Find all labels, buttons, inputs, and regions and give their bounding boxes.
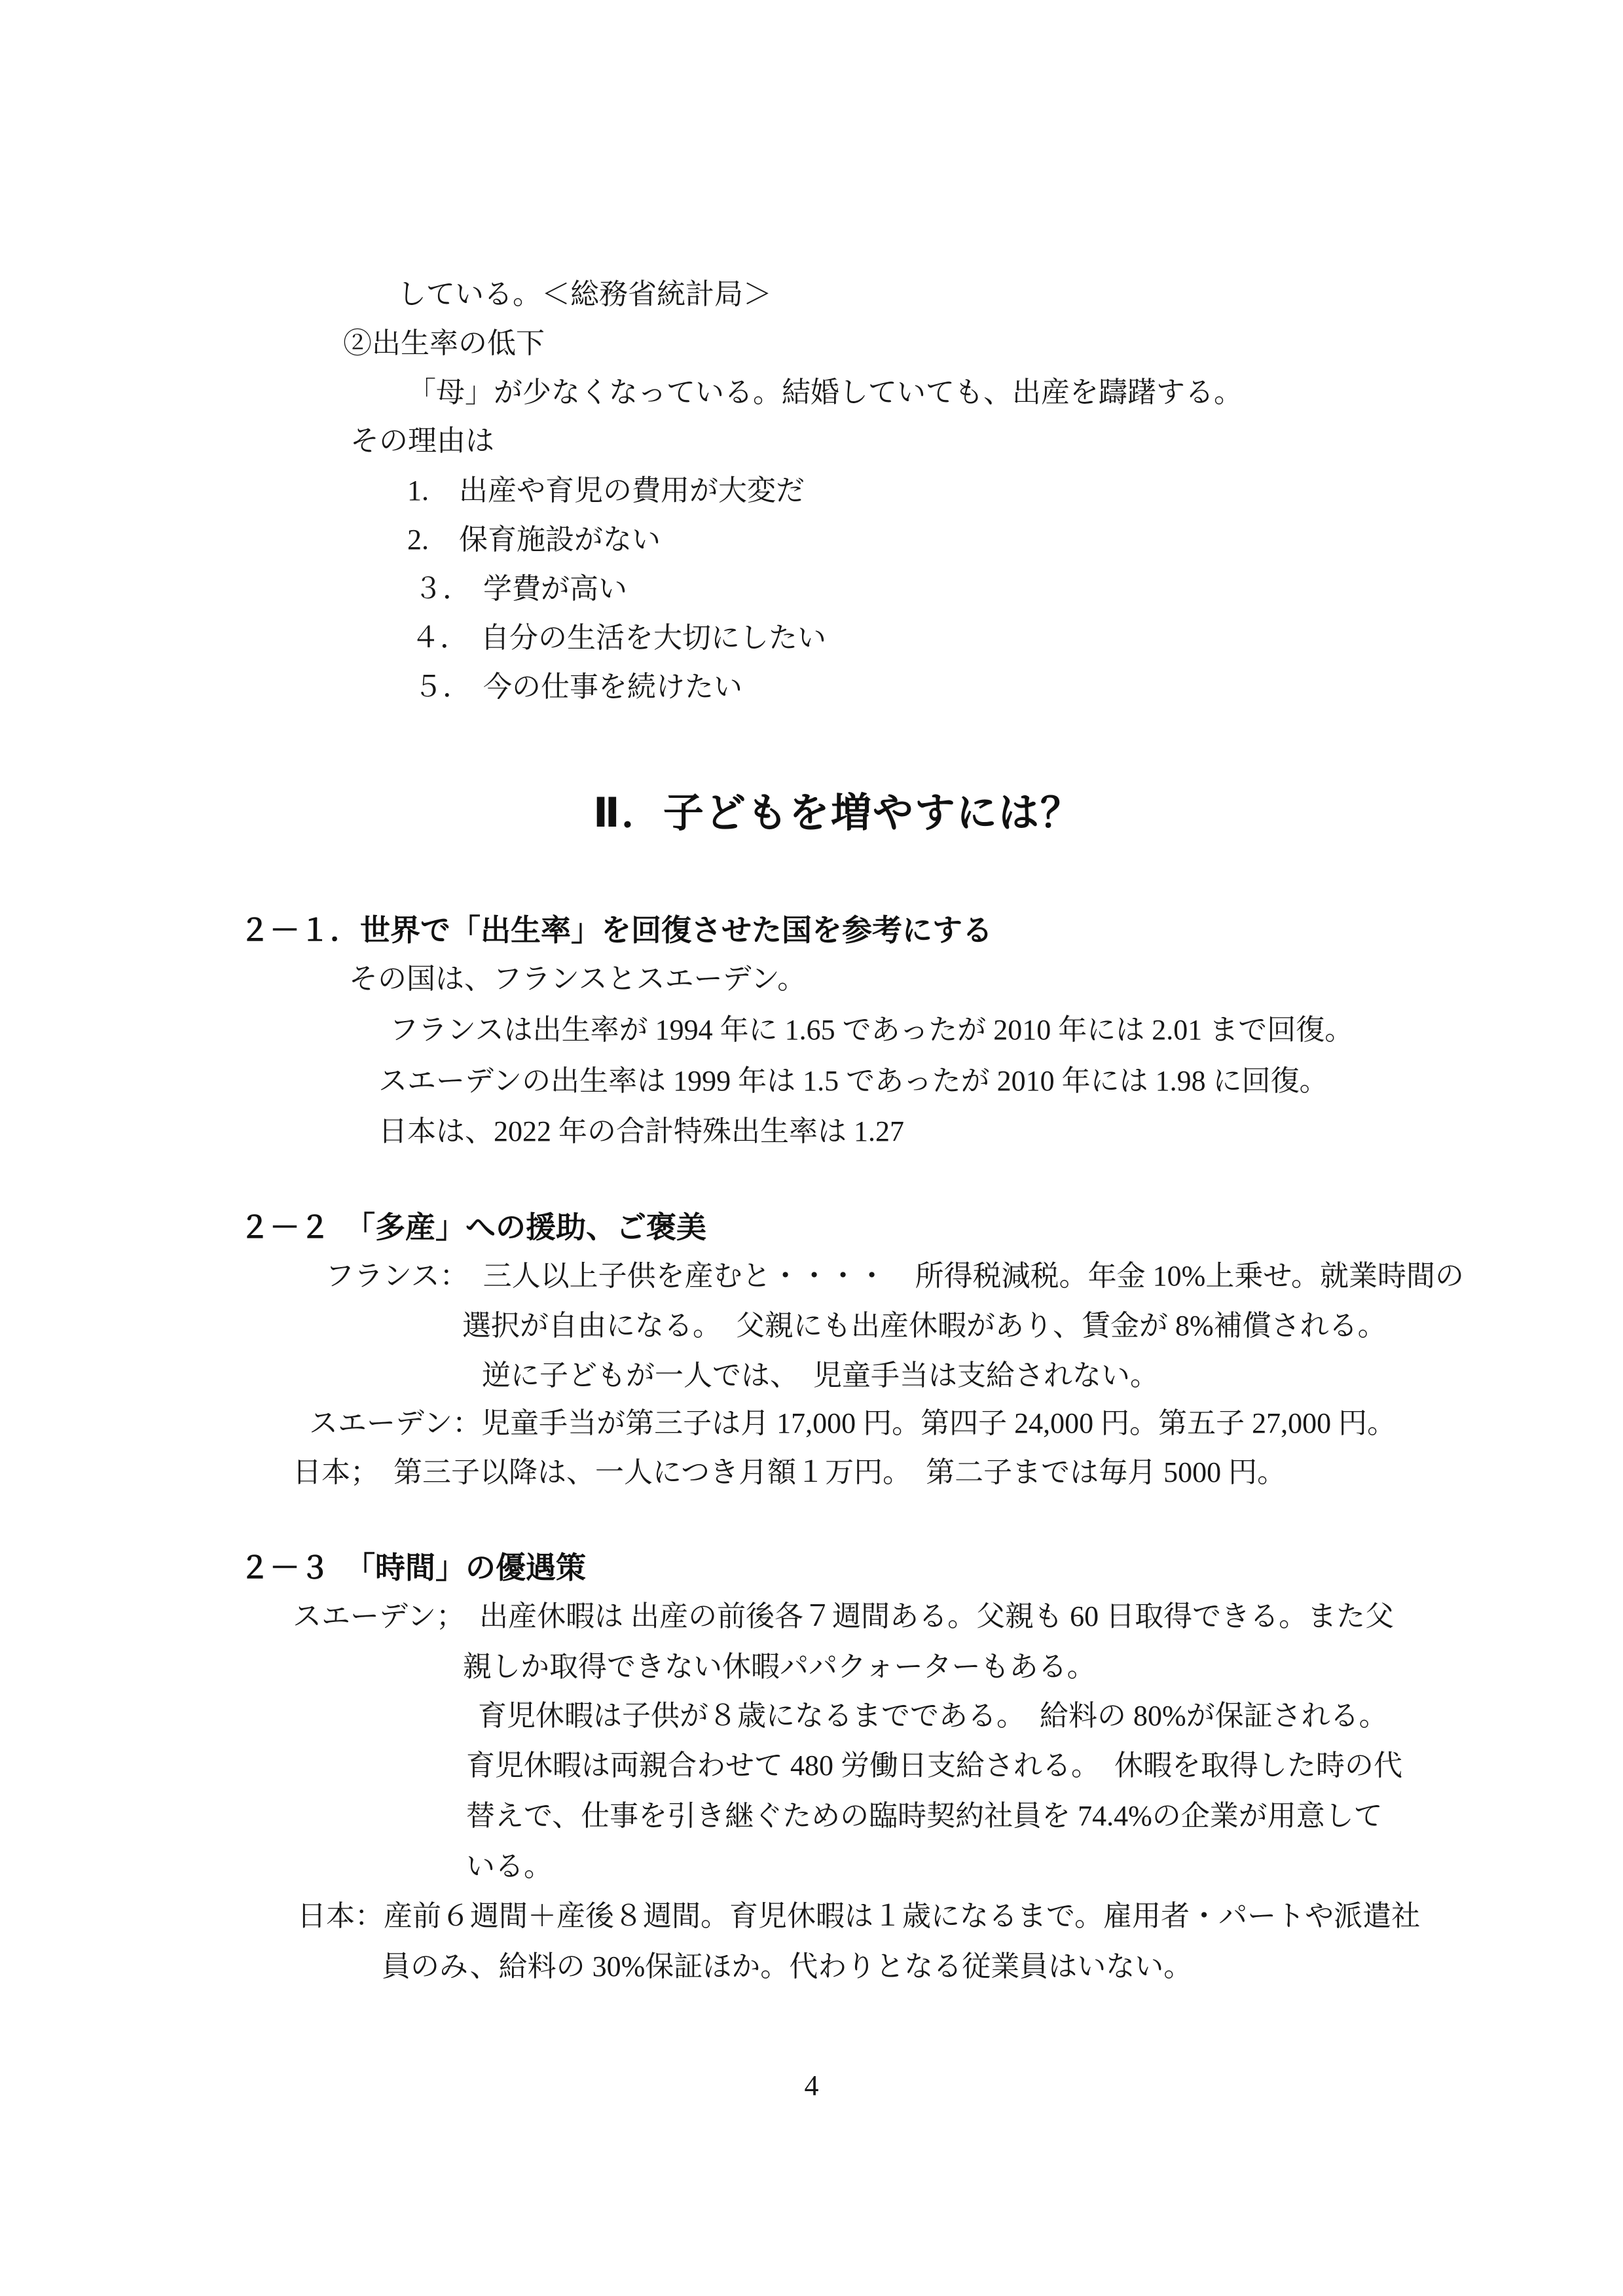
intro-topic-heading: ②出生率の低下 — [343, 329, 545, 358]
reason-item-3: ３．学費が高い — [414, 575, 627, 603]
section-2-2-line-5: 日本； 第三子以降は、一人につき月額１万円。 第二子までは毎月 5000 円。 — [293, 1458, 1286, 1487]
reason-number: 2. — [407, 526, 429, 554]
section-2-1-line-1: その国は、フランスとスエーデン。 — [349, 965, 806, 994]
reason-number: ５． — [414, 673, 471, 702]
intro-mother-line: 「母」が少なくなっている。結婚していても、出産を躊躇する。 — [407, 378, 1243, 407]
section-2-3-line-8: 員のみ、給料の 30%保証ほか。代わりとなる従業員はいない。 — [382, 1952, 1192, 1981]
reason-text: 保育施設がない — [459, 524, 661, 556]
reason-number: 1. — [407, 476, 429, 505]
intro-source-line: している。＜総務省統計局＞ — [397, 280, 772, 309]
section-2-2-line-1: フランス： 三人以上子供を産むと・・・・ 所得税減税。年金 10%上乗せ。就業時… — [325, 1262, 1464, 1291]
section-2-3-line-5: 替えで、仕事を引き継ぐための臨時契約社員を 74.4%の企業が用意して — [466, 1802, 1383, 1831]
page-number: 4 — [0, 2072, 1623, 2100]
section-2-2-line-4: スエーデン：児童手当が第三子は月 17,000 円。第四子 24,000 円。第… — [309, 1409, 1396, 1438]
section-2-1-heading: ２－１．世界で「出生率」を回復させた国を参考にする — [240, 915, 993, 945]
section-2-2-heading: ２－２ 「多産」への援助、ご褒美 — [240, 1212, 706, 1242]
section-2-3-line-4: 育児休暇は両親合わせて 480 労働日支給される。 休暇を取得した時の代 — [466, 1751, 1402, 1780]
reason-text: 自分の生活を大切にしたい — [481, 622, 826, 654]
section-2-3-line-7: 日本：産前６週間＋産後８週間。育児休暇は１歳になるまで。雇用者・パートや派遣社 — [297, 1902, 1420, 1931]
section-2-2-line-2: 選択が自由になる。 父親にも出産休暇があり、賃金が 8%補償される。 — [462, 1312, 1387, 1340]
section-2-1-line-2: フランスは出生率が 1994 年に 1.65 であったが 2010 年には 2.… — [390, 1016, 1353, 1045]
section-2-1-line-3: スエーデンの出生率は 1999 年は 1.5 であったが 2010 年には 1.… — [378, 1067, 1328, 1096]
reason-text: 今の仕事を続けたい — [483, 671, 742, 703]
section-2-2-line-3: 逆に子どもが一人では、 児童手当は支給されない。 — [482, 1361, 1159, 1390]
reason-number: ４． — [411, 624, 469, 653]
section-2-3-line-3: 育児休暇は子供が８歳になるまでである。 給料の 80%が保証される。 — [478, 1702, 1388, 1731]
intro-reasons-label: その理由は — [350, 427, 494, 456]
reason-text: 学費が高い — [483, 573, 627, 605]
reason-item-4: ４．自分の生活を大切にしたい — [411, 624, 826, 653]
section-2-3-heading: ２－３ 「時間」の優遇策 — [240, 1552, 586, 1583]
section-2-1-line-4: 日本は、2022 年の合計特殊出生率は 1.27 — [378, 1117, 904, 1146]
section-2-3-line-2: 親しか取得できない休暇パパクォーターもある。 — [463, 1653, 1096, 1681]
reason-text: 出産や育児の費用が大変だ — [459, 475, 805, 507]
section-2-3-line-1: スエーデン； 出産休暇は 出産の前後各７週間ある。父親も 60 日取得できる。ま… — [293, 1602, 1394, 1631]
document-page: している。＜総務省統計局＞ ②出生率の低下 「母」が少なくなっている。結婚してい… — [0, 0, 1623, 2296]
reason-number: ３． — [414, 575, 471, 603]
section-2-3-line-6: いる。 — [466, 1852, 553, 1881]
reason-item-5: ５．今の仕事を続けたい — [414, 673, 742, 702]
reason-item-1: 1.出産や育児の費用が大変だ — [407, 476, 805, 505]
section-2-title: Ⅱ．子どもを増やすには？ — [593, 793, 1082, 834]
reason-item-2: 2.保育施設がない — [407, 526, 661, 554]
